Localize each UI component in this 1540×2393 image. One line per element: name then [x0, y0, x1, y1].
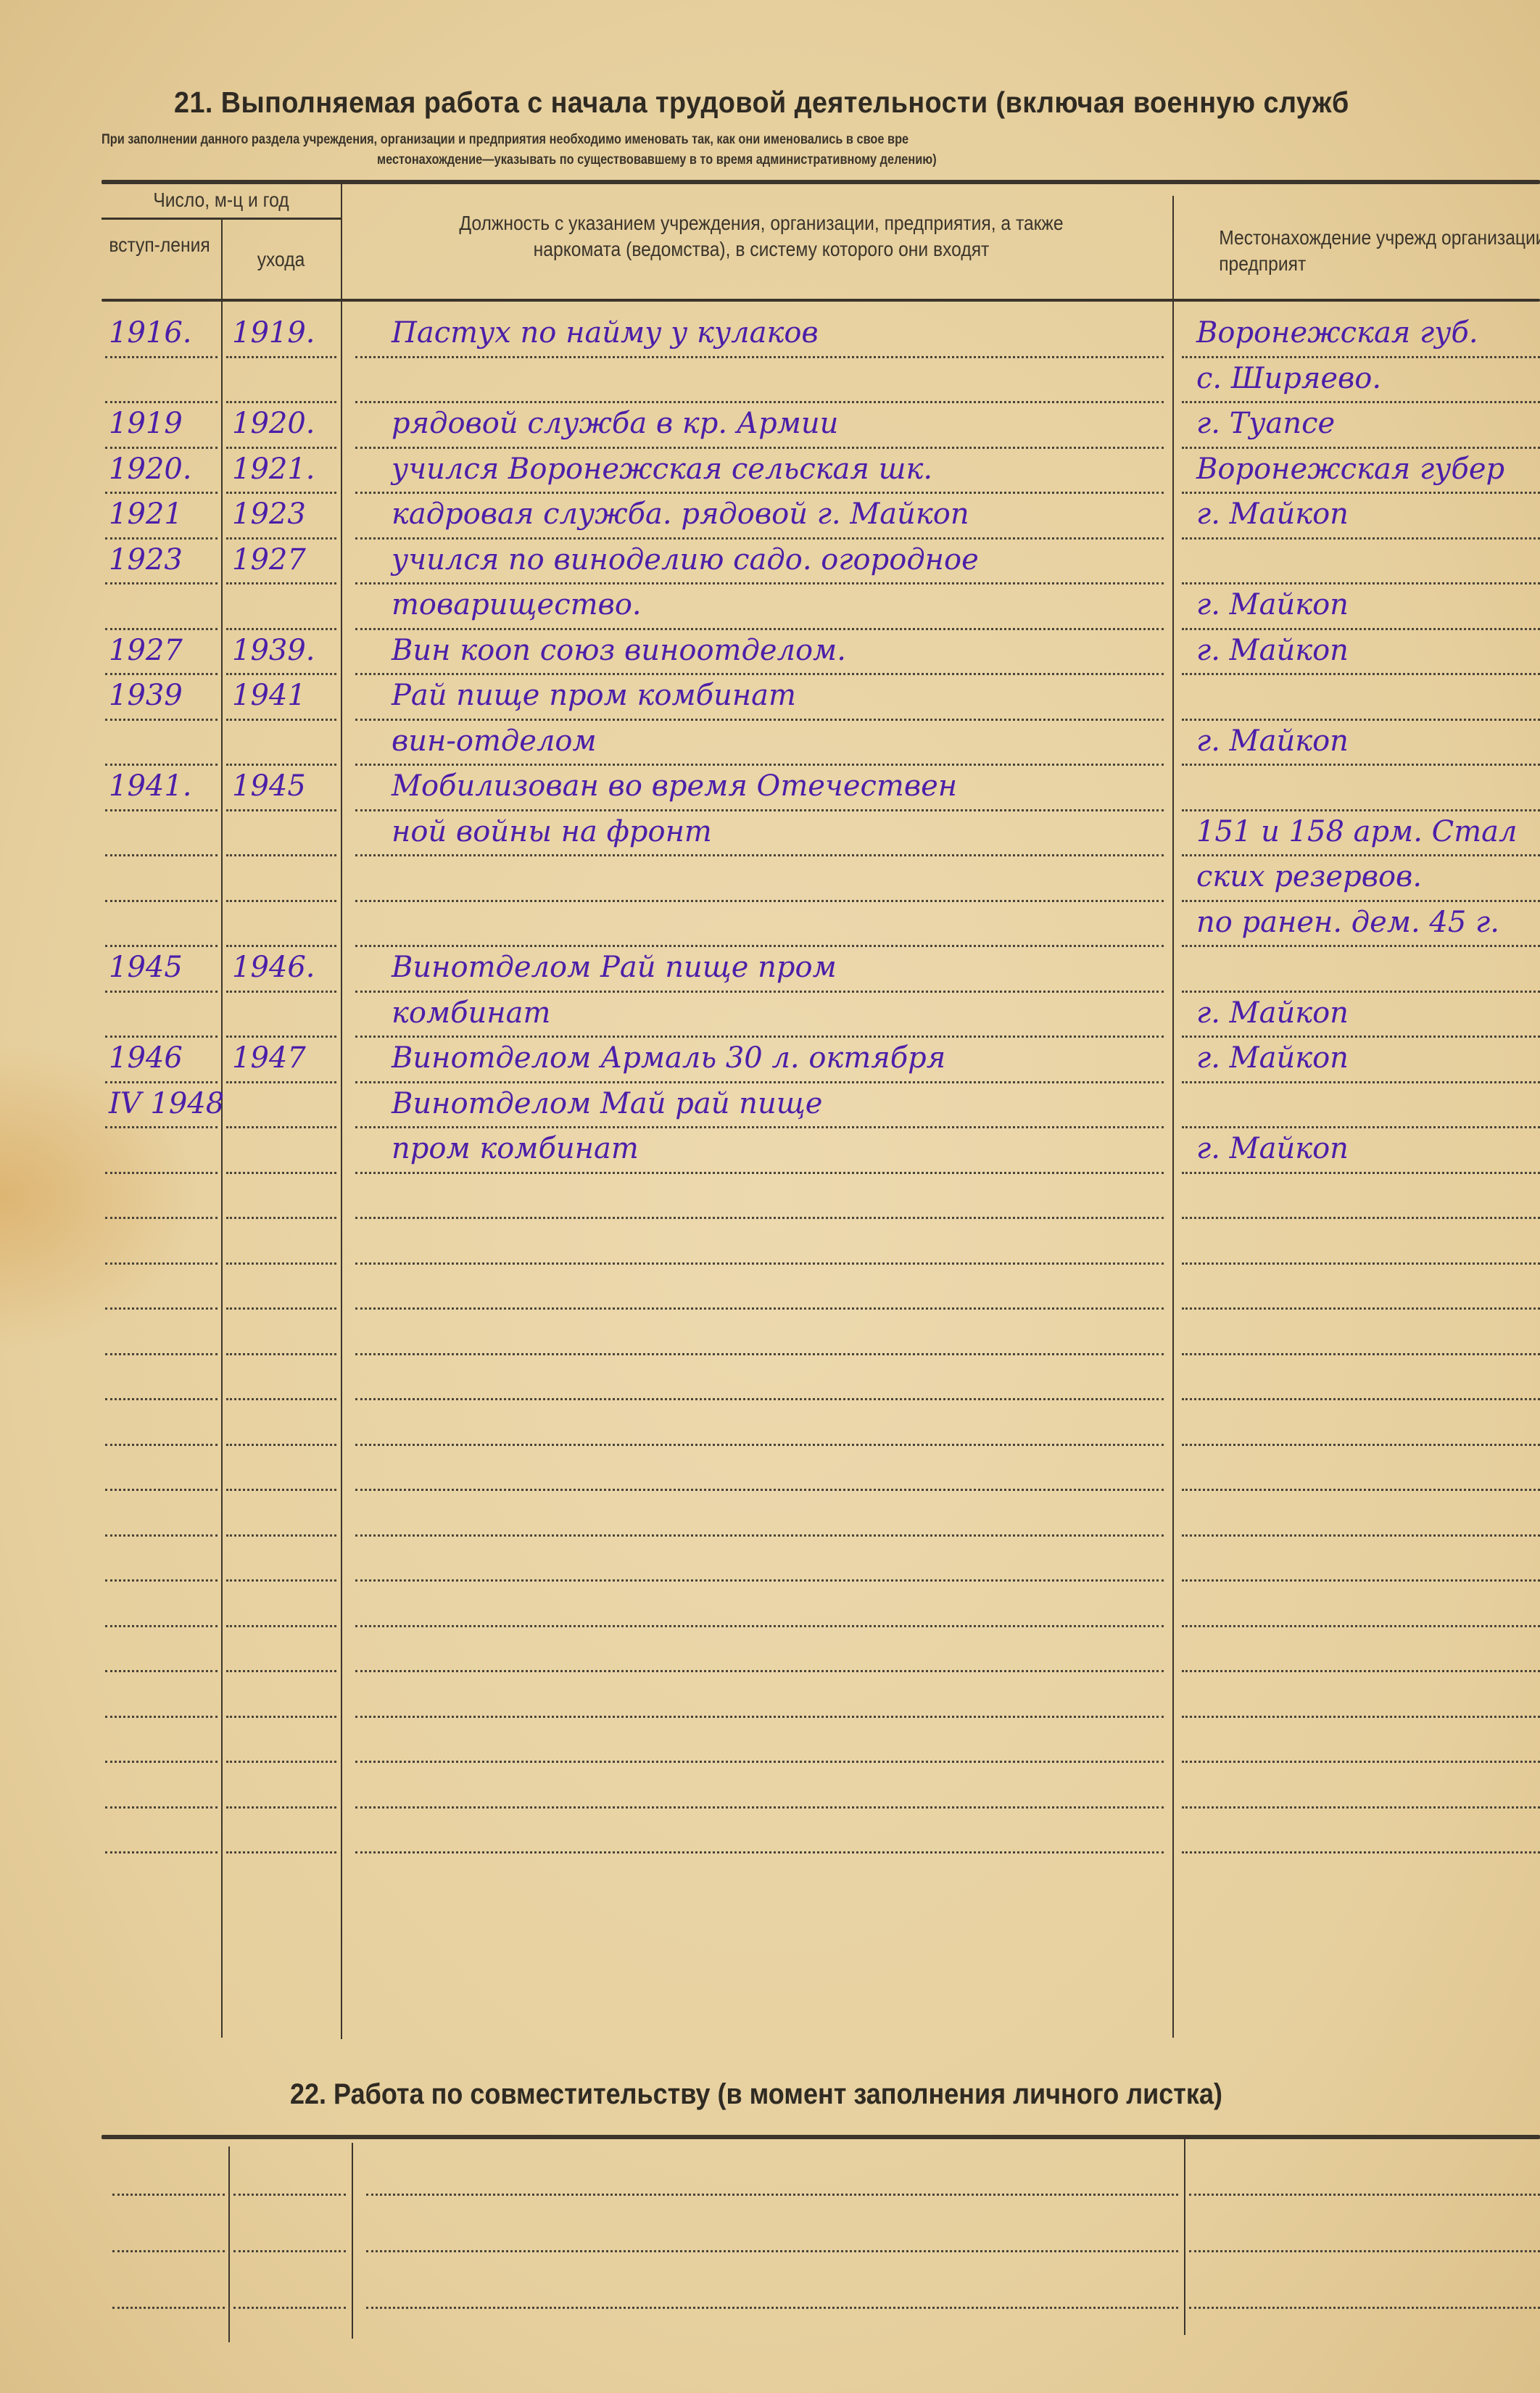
row-rule	[226, 719, 336, 721]
row-rule	[226, 1579, 336, 1582]
row-rule	[105, 1534, 218, 1537]
row-rule	[355, 673, 1164, 675]
row-rule	[226, 1851, 336, 1853]
start-date: 1921	[109, 496, 183, 532]
row-rule	[1182, 492, 1540, 494]
row-rule	[355, 1444, 1164, 1446]
start-date: 1946	[109, 1040, 183, 1076]
location-text: г. Туапсе	[1196, 405, 1335, 442]
row-rule	[105, 1625, 218, 1627]
position-text: ной войны на фронт	[392, 814, 712, 850]
row-rule	[226, 1761, 336, 1763]
row-rule	[105, 582, 218, 584]
header-position: Должность с указанием учреждения, органи…	[423, 210, 1100, 263]
start-date: 1941.	[109, 768, 192, 804]
row-rule	[1182, 447, 1540, 449]
row-rule	[105, 1444, 218, 1446]
row-rule	[355, 809, 1164, 811]
position-text: рядовой служба в кр. Армии	[392, 405, 838, 442]
location-text: Воронежская губер	[1196, 451, 1504, 487]
row-rule	[105, 1353, 218, 1355]
row-rule	[105, 1761, 218, 1763]
row-rule	[105, 1172, 218, 1174]
row-rule	[105, 719, 218, 721]
row-rule	[355, 1217, 1164, 1219]
header-date-group: Число, м-ц и год	[116, 187, 326, 213]
section-22-title: 22. Работа по совместительству (в момент…	[290, 2078, 1222, 2111]
row-rule	[1182, 356, 1540, 358]
end-date: 1921.	[232, 451, 315, 487]
row-rule	[1182, 991, 1540, 993]
header-top-rule	[102, 180, 1540, 184]
row-rule	[226, 1806, 336, 1809]
start-date: 1919	[109, 405, 183, 442]
row-rule	[1182, 1625, 1540, 1627]
row-rule	[355, 492, 1164, 494]
row-rule	[1182, 1307, 1540, 1310]
row-rule	[1182, 1262, 1540, 1265]
position-text: Пастух по найму у кулаков	[392, 315, 819, 351]
row-rule	[226, 628, 336, 630]
position-text: комбинат	[392, 995, 550, 1031]
section22-divider-3	[1184, 2139, 1185, 2335]
row-rule	[1182, 1806, 1540, 1809]
row-rule	[1189, 2307, 1540, 2309]
row-rule	[1182, 673, 1540, 675]
end-date: 1946.	[232, 949, 315, 985]
row-rule	[105, 1806, 218, 1809]
row-rule	[105, 945, 218, 947]
row-rule	[226, 809, 336, 811]
row-rule	[355, 1126, 1164, 1128]
row-rule	[1182, 1716, 1540, 1718]
row-rule	[226, 447, 336, 449]
row-rule	[355, 1670, 1164, 1672]
end-date: 1927	[232, 542, 306, 578]
section22-divider-2	[352, 2143, 353, 2339]
start-date: 1916.	[109, 315, 192, 351]
column-divider-1	[221, 218, 223, 2038]
header-end: ухода	[228, 247, 334, 273]
row-rule	[355, 1806, 1164, 1809]
row-rule	[1182, 1761, 1540, 1763]
end-date: 1939.	[232, 632, 315, 669]
end-date: 1941	[232, 677, 306, 714]
section22-divider-1	[228, 2146, 230, 2342]
position-text: вин-отделом	[392, 723, 597, 759]
row-rule	[112, 2250, 225, 2252]
row-rule	[1182, 854, 1540, 856]
header-bottom-rule	[102, 299, 1540, 302]
row-rule	[1182, 1444, 1540, 1446]
start-date: 1923	[109, 542, 183, 578]
row-rule	[1182, 1036, 1540, 1038]
row-rule	[355, 719, 1164, 721]
location-text: г. Майкоп	[1196, 632, 1349, 669]
row-rule	[105, 1579, 218, 1582]
position-text: Винотделом Май рай пище	[392, 1086, 822, 1122]
row-rule	[1182, 1670, 1540, 1672]
row-rule	[355, 1579, 1164, 1582]
row-rule	[1182, 945, 1540, 947]
position-text: Рай пище пром комбинат	[392, 677, 796, 714]
start-date: 1945	[109, 949, 183, 985]
row-rule	[1182, 401, 1540, 403]
row-rule	[105, 1081, 218, 1083]
position-text: пром комбинат	[392, 1131, 639, 1167]
row-rule	[105, 401, 218, 403]
row-rule	[355, 764, 1164, 766]
row-rule	[355, 1172, 1164, 1174]
row-rule	[1182, 1489, 1540, 1491]
row-rule	[105, 1217, 218, 1219]
row-rule	[226, 401, 336, 403]
start-date: 1920.	[109, 451, 192, 487]
section-21-title: 21. Выполняемая работа с начала трудовой…	[174, 86, 1349, 120]
row-rule	[226, 1262, 336, 1265]
location-text: г. Майкоп	[1196, 496, 1349, 532]
row-rule	[226, 1217, 336, 1219]
row-rule	[1182, 628, 1540, 630]
row-rule	[226, 1534, 336, 1537]
row-rule	[226, 1398, 336, 1400]
location-text: г. Майкоп	[1196, 723, 1349, 759]
row-rule	[355, 900, 1164, 902]
row-rule	[355, 1036, 1164, 1038]
end-date: 1920.	[232, 405, 315, 442]
row-rule	[1182, 582, 1540, 584]
row-rule	[226, 1126, 336, 1128]
start-date: IV 1948	[109, 1086, 224, 1122]
end-date: 1945	[232, 768, 306, 804]
row-rule	[105, 447, 218, 449]
header-location: Местонахождение учрежд организации, пред…	[1219, 225, 1540, 277]
row-rule	[355, 1489, 1164, 1491]
position-text: Мобилизован во время Отечествен	[392, 768, 957, 804]
row-rule	[105, 1036, 218, 1038]
row-rule	[355, 991, 1164, 993]
row-rule	[226, 1353, 336, 1355]
start-date: 1939	[109, 677, 183, 714]
end-date: 1947	[232, 1040, 306, 1076]
row-rule	[1182, 1081, 1540, 1083]
row-rule	[1182, 1126, 1540, 1128]
row-rule	[355, 537, 1164, 540]
row-rule	[226, 1307, 336, 1310]
row-rule	[105, 1670, 218, 1672]
row-rule	[1182, 1172, 1540, 1174]
row-rule	[105, 492, 218, 494]
section-22-top-rule	[102, 2135, 1540, 2139]
location-text: г. Майкоп	[1196, 1131, 1349, 1167]
row-rule	[233, 2194, 346, 2196]
location-text: Воронежская губ.	[1196, 315, 1478, 351]
row-rule	[366, 2307, 1178, 2309]
location-text: г. Майкоп	[1196, 1040, 1349, 1076]
row-rule	[355, 401, 1164, 403]
row-rule	[105, 900, 218, 902]
row-rule	[355, 1534, 1164, 1537]
location-text: г. Майкоп	[1196, 995, 1349, 1031]
row-rule	[226, 854, 336, 856]
row-rule	[105, 1262, 218, 1265]
row-rule	[233, 2250, 346, 2252]
location-text: 151 и 158 арм. Стал	[1196, 814, 1518, 850]
start-date: 1927	[109, 632, 183, 669]
row-rule	[226, 582, 336, 584]
row-rule	[355, 1716, 1164, 1718]
row-rule	[105, 1307, 218, 1310]
row-rule	[105, 809, 218, 811]
location-text: по ранен. дем. 45 г.	[1196, 904, 1499, 941]
row-rule	[355, 1262, 1164, 1265]
section-21-note-line1: При заполнении данного раздела учреждени…	[102, 132, 908, 148]
row-rule	[105, 1398, 218, 1400]
location-text: с. Ширяево.	[1196, 360, 1381, 397]
row-rule	[1189, 2250, 1540, 2252]
row-rule	[1182, 1353, 1540, 1355]
row-rule	[105, 1851, 218, 1853]
end-date: 1919.	[232, 315, 315, 351]
row-rule	[226, 1716, 336, 1718]
row-rule	[355, 447, 1164, 449]
column-divider-3	[1172, 196, 1174, 2038]
row-rule	[355, 945, 1164, 947]
row-rule	[226, 764, 336, 766]
row-rule	[355, 1761, 1164, 1763]
row-rule	[112, 2194, 225, 2196]
location-text: г. Майкоп	[1196, 587, 1349, 623]
row-rule	[1182, 764, 1540, 766]
row-rule	[355, 854, 1164, 856]
row-rule	[355, 1307, 1164, 1310]
position-text: учился по виноделию садо. огородное	[392, 542, 979, 578]
row-rule	[1182, 900, 1540, 902]
row-rule	[226, 1670, 336, 1672]
row-rule	[1182, 1851, 1540, 1853]
row-rule	[226, 537, 336, 540]
row-rule	[112, 2307, 225, 2309]
row-rule	[355, 1398, 1164, 1400]
row-rule	[105, 673, 218, 675]
row-rule	[226, 1081, 336, 1083]
row-rule	[226, 356, 336, 358]
row-rule	[1182, 1398, 1540, 1400]
row-rule	[226, 1036, 336, 1038]
position-text: товарищество.	[392, 587, 642, 623]
row-rule	[105, 1126, 218, 1128]
row-rule	[226, 945, 336, 947]
position-text: Винотделом Армаль 30 л. октября	[392, 1040, 945, 1076]
row-rule	[366, 2194, 1178, 2196]
row-rule	[355, 1353, 1164, 1355]
row-rule	[355, 356, 1164, 358]
row-rule	[355, 1851, 1164, 1853]
row-rule	[355, 1081, 1164, 1083]
position-text: кадровая служба. рядовой г. Майкоп	[392, 496, 969, 532]
position-text: Винотделом Рай пище пром	[392, 949, 837, 985]
row-rule	[1182, 537, 1540, 540]
row-rule	[355, 628, 1164, 630]
row-rule	[105, 764, 218, 766]
row-rule	[1182, 1534, 1540, 1537]
row-rule	[233, 2307, 346, 2309]
row-rule	[105, 1716, 218, 1718]
row-rule	[226, 673, 336, 675]
row-rule	[226, 1489, 336, 1491]
row-rule	[105, 991, 218, 993]
row-rule	[226, 900, 336, 902]
row-rule	[1182, 809, 1540, 811]
row-rule	[1182, 719, 1540, 721]
row-rule	[355, 582, 1164, 584]
row-rule	[1182, 1217, 1540, 1219]
row-rule	[226, 1625, 336, 1627]
row-rule	[355, 1625, 1164, 1627]
row-rule	[226, 1444, 336, 1446]
row-rule	[226, 991, 336, 993]
row-rule	[1189, 2194, 1540, 2196]
column-divider-2	[341, 183, 342, 2039]
section-21-note-line2: местонахождение—указывать по существовав…	[377, 152, 937, 168]
end-date: 1923	[232, 496, 306, 532]
row-rule	[105, 537, 218, 540]
row-rule	[105, 628, 218, 630]
row-rule	[105, 1489, 218, 1491]
row-rule	[105, 854, 218, 856]
row-rule	[226, 492, 336, 494]
position-text: учился Воронежская сельская шк.	[392, 451, 932, 487]
position-text: Вин кооп союз виноотделом.	[392, 632, 846, 669]
row-rule	[226, 1172, 336, 1174]
row-rule	[105, 356, 218, 358]
location-text: ских резервов.	[1196, 859, 1422, 895]
header-start: вступ-ления	[109, 232, 211, 258]
row-rule	[1182, 1579, 1540, 1582]
row-rule	[366, 2250, 1178, 2252]
